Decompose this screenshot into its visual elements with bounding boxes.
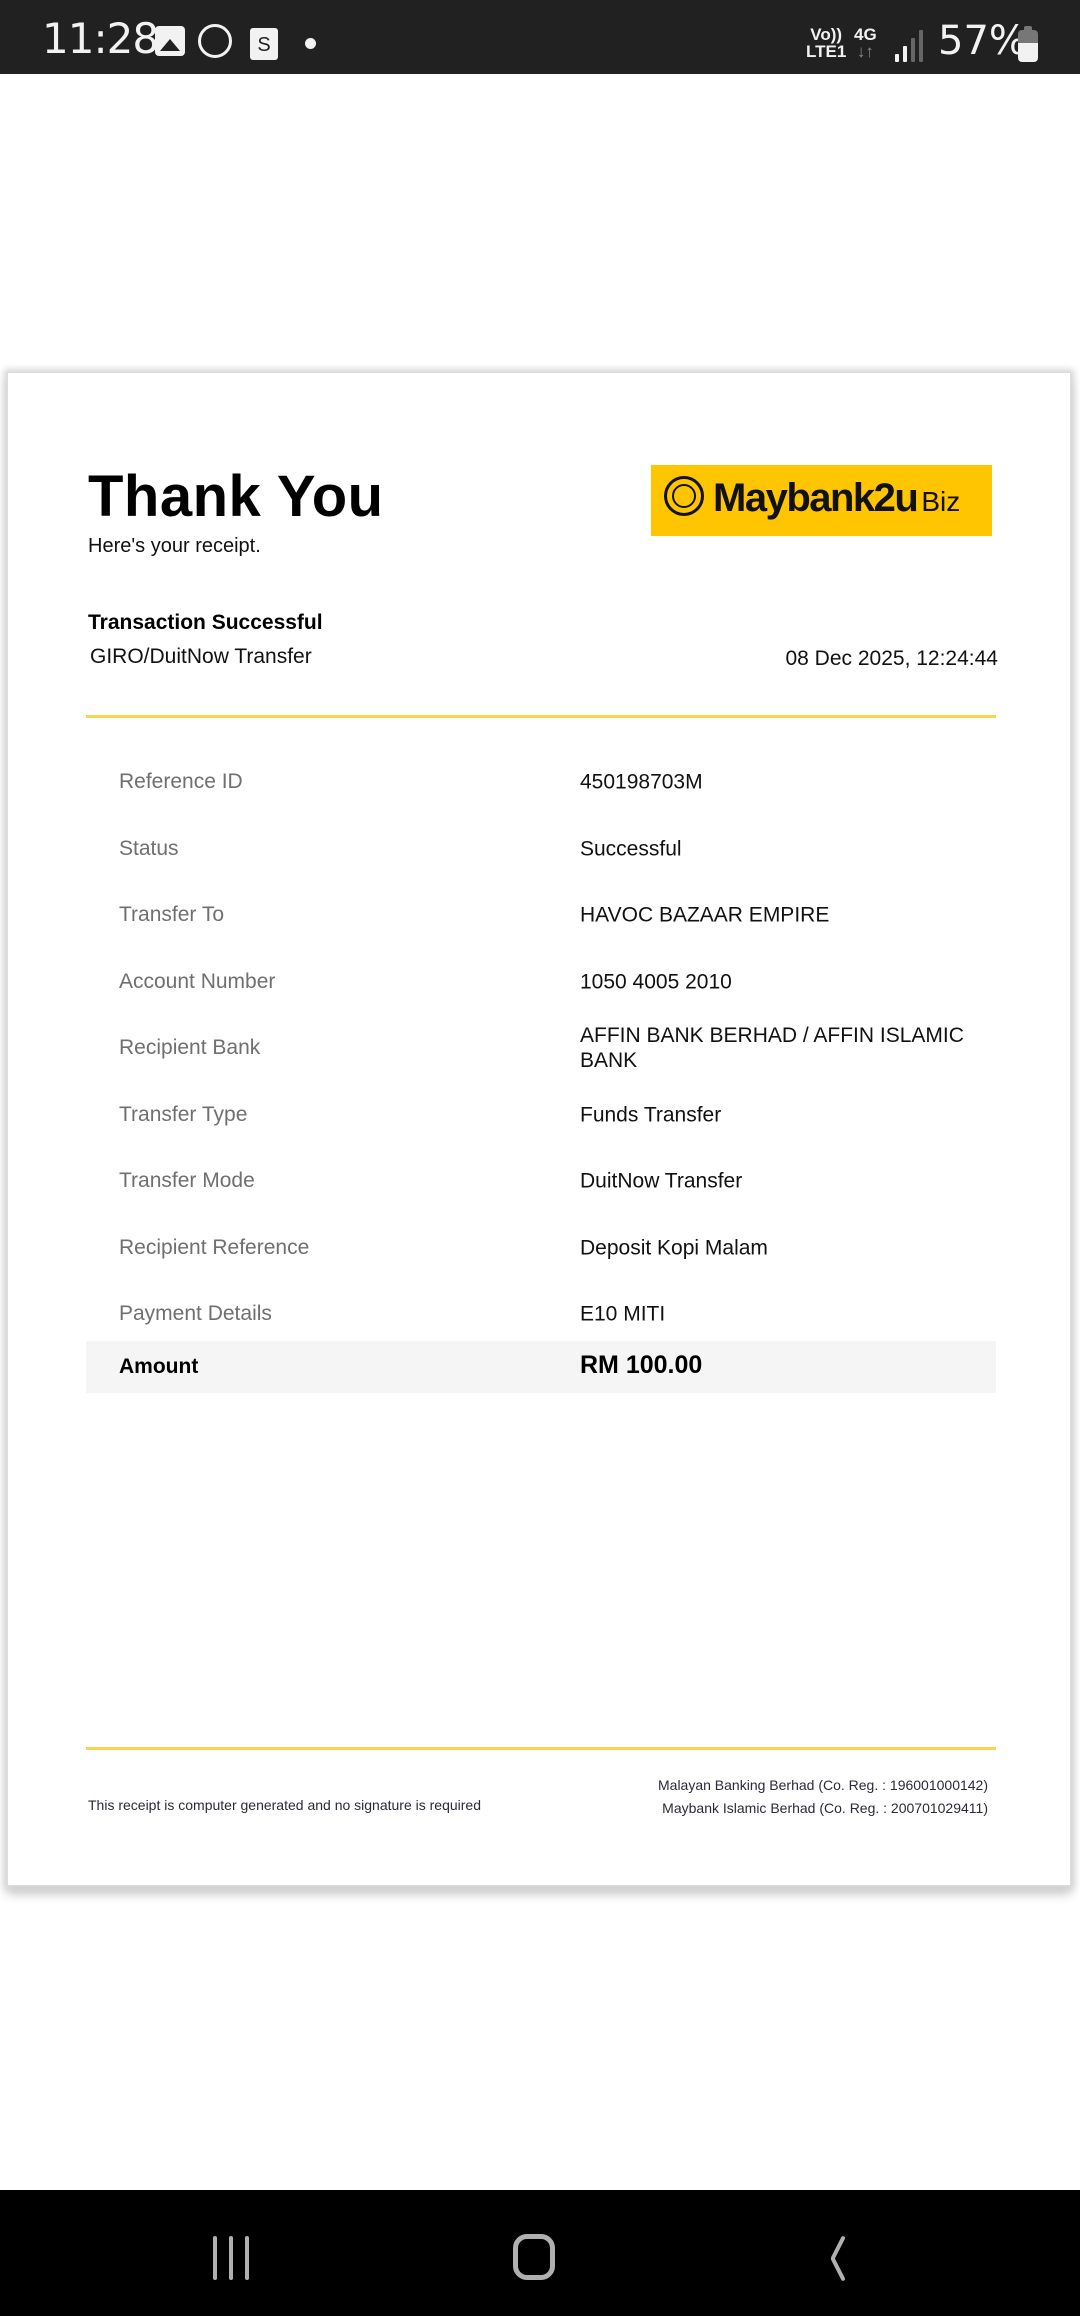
detail-row-transfer-to: Transfer ToHAVOC BAZAAR EMPIRE (86, 882, 996, 949)
volte-label: Vo)) (806, 26, 846, 43)
battery-percent: 57% (938, 18, 1027, 64)
detail-row-status: StatusSuccessful (86, 816, 996, 883)
detail-label: Account Number (119, 970, 275, 994)
detail-label: Reference ID (119, 770, 243, 794)
detail-row-recipient-reference: Recipient ReferenceDeposit Kopi Malam (86, 1215, 996, 1282)
tiger-emblem-icon (664, 476, 704, 516)
transaction-datetime: 08 Dec 2025, 12:24:44 (785, 647, 998, 671)
amount-row: Amount RM 100.00 (86, 1341, 996, 1393)
signal-strength-icon (895, 30, 925, 62)
receipt-card: Thank You Here's your receipt. Maybank2u… (7, 372, 1071, 1886)
receipt-subtitle: Here's your receipt. (88, 535, 261, 558)
detail-row-transfer-mode: Transfer ModeDuitNow Transfer (86, 1148, 996, 1215)
details-table: Reference ID450198703M StatusSuccessful … (86, 749, 996, 1348)
battery-icon (1018, 30, 1038, 62)
transaction-type: GIRO/DuitNow Transfer (90, 645, 312, 669)
detail-value: DuitNow Transfer (580, 1169, 980, 1194)
more-notifications-dot-icon (305, 38, 316, 49)
detail-row-account-number: Account Number1050 4005 2010 (86, 949, 996, 1016)
detail-label: Payment Details (119, 1302, 272, 1326)
page-title: Thank You (88, 463, 384, 530)
detail-value: HAVOC BAZAAR EMPIRE (580, 903, 980, 928)
logo-brand-text: Maybank2uBiz (713, 476, 960, 521)
detail-label: Recipient Bank (119, 1036, 260, 1060)
detail-value: 450198703M (580, 770, 980, 795)
detail-value: 1050 4005 2010 (580, 969, 980, 994)
detail-label: Status (119, 837, 179, 861)
volte-indicator: Vo)) LTE1 (806, 26, 846, 60)
back-button[interactable] (826, 2236, 856, 2280)
detail-row-payment-details: Payment DetailsE10 MITI (86, 1281, 996, 1348)
transaction-status: Transaction Successful (88, 611, 323, 635)
footer-divider (86, 1747, 996, 1750)
detail-value: Funds Transfer (580, 1102, 980, 1127)
company-reg-maybank: Malayan Banking Berhad (Co. Reg. : 19600… (658, 1774, 988, 1797)
detail-label: Recipient Reference (119, 1236, 309, 1260)
company-registration: Malayan Banking Berhad (Co. Reg. : 19600… (658, 1774, 988, 1820)
detail-label: Transfer Mode (119, 1169, 255, 1193)
lte-label: LTE1 (806, 43, 846, 60)
status-time: 11:28 (42, 14, 158, 63)
navigation-bar (0, 2190, 1080, 2316)
detail-label: Transfer To (119, 903, 224, 927)
home-button[interactable] (513, 2234, 555, 2280)
amount-value: RM 100.00 (580, 1351, 702, 1380)
company-reg-maybank-islamic: Maybank Islamic Berhad (Co. Reg. : 20070… (658, 1797, 988, 1820)
detail-row-recipient-bank: Recipient BankAFFIN BANK BERHAD / AFFIN … (86, 1015, 996, 1082)
status-bar: 11:28 S Vo)) LTE1 4G ↓↑ 57% (0, 0, 1080, 74)
network-indicator: 4G ↓↑ (854, 26, 877, 60)
detail-row-reference-id: Reference ID450198703M (86, 749, 996, 816)
detail-value: AFFIN BANK BERHAD / AFFIN ISLAMIC BANK (580, 1023, 980, 1073)
detail-value: Successful (580, 836, 980, 861)
divider (86, 715, 996, 718)
data-activity-icon: ↓↑ (857, 42, 874, 61)
receipt-disclaimer: This receipt is computer generated and n… (88, 1797, 481, 1813)
gallery-icon (155, 26, 185, 56)
recents-button[interactable] (213, 2236, 253, 2280)
detail-value: Deposit Kopi Malam (580, 1235, 980, 1260)
detail-label: Transfer Type (119, 1103, 247, 1127)
whatsapp-icon (198, 24, 232, 58)
shopee-icon: S (250, 28, 278, 60)
amount-label: Amount (119, 1355, 198, 1379)
network-type-label: 4G (854, 26, 877, 43)
maybank2u-biz-logo: Maybank2uBiz (651, 465, 992, 536)
detail-row-transfer-type: Transfer TypeFunds Transfer (86, 1082, 996, 1149)
detail-value: E10 MITI (580, 1302, 980, 1327)
